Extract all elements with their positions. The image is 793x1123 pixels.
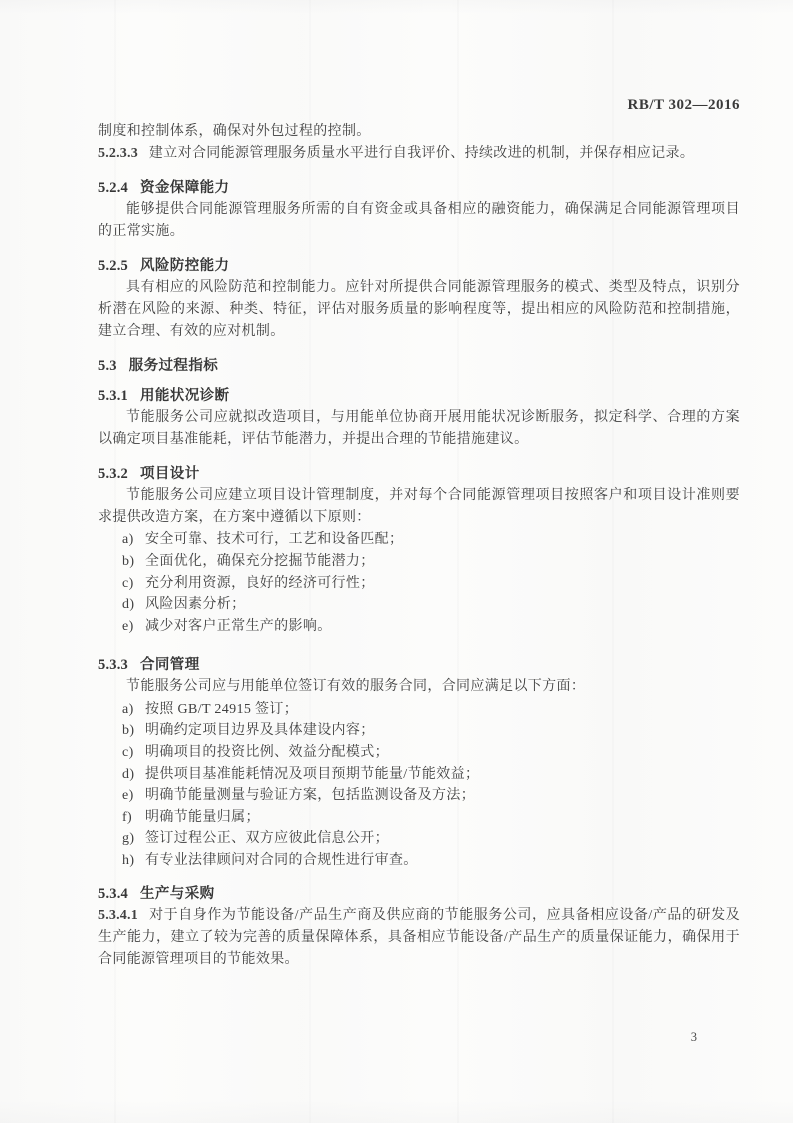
list-item-text: 明确项目的投资比例、效益分配模式； <box>145 742 740 764</box>
list-5-3-3: a)按照 GB/T 24915 签订； b)明确约定项目边界及具体建设内容； c… <box>98 699 740 872</box>
list-5-3-2: a)安全可靠、技术可行，工艺和设备匹配； b)全面优化，确保充分挖掘节能潜力； … <box>98 529 740 637</box>
list-item: c)充分利用资源，良好的经济可行性； <box>122 573 740 595</box>
list-item: f)明确节能量归属； <box>122 807 740 829</box>
list-item: g)签订过程公正、双方应彼此信息公开； <box>122 828 740 850</box>
heading-5-2-5: 5.2.5风险防控能力 <box>98 255 740 277</box>
scanned-document-page: RB/T 302—2016 制度和控制体系，确保对外包过程的控制。 5.2.3.… <box>0 0 793 1123</box>
heading-number: 5.2.5 <box>98 258 128 274</box>
list-item-marker: e) <box>122 785 145 807</box>
list-item: b)明确约定项目边界及具体建设内容； <box>122 720 740 742</box>
list-item-text: 充分利用资源，良好的经济可行性； <box>145 573 740 595</box>
heading-title: 风险防控能力 <box>140 258 229 274</box>
list-item-text: 提供项目基准能耗情况及项目预期节能量/节能效益； <box>145 764 740 786</box>
list-item-text: 有专业法律顾问对合同的合规性进行审查。 <box>145 850 740 872</box>
list-item-text: 全面优化，确保充分挖掘节能潜力； <box>145 551 740 573</box>
list-item-text: 签订过程公正、双方应彼此信息公开； <box>145 828 740 850</box>
clause-text: 建立对合同能源管理服务质量水平进行自我评价、持续改进的机制，并保存相应记录。 <box>149 146 694 161</box>
list-item-text: 明确约定项目边界及具体建设内容； <box>145 720 740 742</box>
list-item-marker: b) <box>122 551 145 573</box>
heading-title: 服务过程指标 <box>129 358 218 374</box>
paragraph-5-3-1: 节能服务公司应就拟改造项目，与用能单位协商开展用能状况诊断服务，拟定科学、合理的… <box>98 407 740 452</box>
list-item: a)安全可靠、技术可行，工艺和设备匹配； <box>122 529 740 551</box>
clause-5-3-4-1: 5.3.4.1对于自身作为节能设备/产品生产商及供应商的节能服务公司，应具备相应… <box>98 905 740 972</box>
list-item-marker: d) <box>122 764 145 786</box>
list-item: c)明确项目的投资比例、效益分配模式； <box>122 742 740 764</box>
list-item-text: 安全可靠、技术可行，工艺和设备匹配； <box>145 529 740 551</box>
list-item: e)明确节能量测量与验证方案，包括监测设备及方法； <box>122 785 740 807</box>
list-item: h)有专业法律顾问对合同的合规性进行审查。 <box>122 850 740 872</box>
heading-number: 5.3.1 <box>98 388 128 404</box>
list-item-text: 减少对客户正常生产的影响。 <box>145 616 740 638</box>
page-number: 3 <box>691 1029 697 1045</box>
doc-header-code: RB/T 302—2016 <box>98 96 740 114</box>
heading-title: 生产与采购 <box>140 886 215 902</box>
page-content: RB/T 302—2016 制度和控制体系，确保对外包过程的控制。 5.2.3.… <box>98 96 740 972</box>
paragraph-5-2-5: 具有相应的风险防范和控制能力。应针对所提供合同能源管理服务的模式、类型及特点，识… <box>98 277 740 344</box>
list-item: a)按照 GB/T 24915 签订； <box>122 699 740 721</box>
paragraph-5-3-2: 节能服务公司应建立项目设计管理制度，并对每个合同能源管理项目按照客户和项目设计准… <box>98 485 740 530</box>
clause-number: 5.3.4.1 <box>98 908 138 923</box>
clause-5-2-3-3: 5.2.3.3建立对合同能源管理服务质量水平进行自我评价、持续改进的机制，并保存… <box>98 143 740 165</box>
heading-number: 5.3.4 <box>98 886 128 902</box>
list-item-marker: c) <box>122 742 145 764</box>
list-item-marker: f) <box>122 807 145 829</box>
heading-5-2-4: 5.2.4资金保障能力 <box>98 177 740 199</box>
list-item-text: 明确节能量测量与验证方案，包括监测设备及方法； <box>145 785 740 807</box>
paragraph-continuation: 制度和控制体系，确保对外包过程的控制。 <box>98 121 740 143</box>
heading-title: 项目设计 <box>140 466 200 482</box>
heading-5-3-1: 5.3.1用能状况诊断 <box>98 385 740 407</box>
paragraph-5-3-3: 节能服务公司应与用能单位签订有效的服务合同，合同应满足以下方面： <box>98 676 740 698</box>
heading-title: 合同管理 <box>140 657 200 673</box>
list-item-marker: e) <box>122 616 145 638</box>
heading-number: 5.3.2 <box>98 466 128 482</box>
list-item-marker: a) <box>122 529 145 551</box>
list-item: d)提供项目基准能耗情况及项目预期节能量/节能效益； <box>122 764 740 786</box>
list-item: e)减少对客户正常生产的影响。 <box>122 616 740 638</box>
clause-text: 对于自身作为节能设备/产品生产商及供应商的节能服务公司，应具备相应设备/产品的研… <box>98 908 740 968</box>
list-item-marker: b) <box>122 720 145 742</box>
list-item-marker: a) <box>122 699 145 721</box>
paragraph-5-2-4: 能够提供合同能源管理服务所需的自有资金或具备相应的融资能力，确保满足合同能源管理… <box>98 199 740 244</box>
heading-5-3: 5.3服务过程指标 <box>98 355 740 377</box>
heading-5-3-3: 5.3.3合同管理 <box>98 654 740 676</box>
list-item: d)风险因素分析； <box>122 594 740 616</box>
heading-5-3-4: 5.3.4生产与采购 <box>98 883 740 905</box>
list-item: b)全面优化，确保充分挖掘节能潜力； <box>122 551 740 573</box>
heading-number: 5.3 <box>98 358 117 374</box>
list-item-marker: d) <box>122 594 145 616</box>
list-item-marker: g) <box>122 828 145 850</box>
list-item-text: 风险因素分析； <box>145 594 740 616</box>
list-item-marker: h) <box>122 850 145 872</box>
heading-number: 5.3.3 <box>98 657 128 673</box>
heading-5-3-2: 5.3.2项目设计 <box>98 463 740 485</box>
list-item-text: 按照 GB/T 24915 签订； <box>145 699 740 721</box>
heading-title: 用能状况诊断 <box>140 388 229 404</box>
list-item-text: 明确节能量归属； <box>145 807 740 829</box>
list-item-marker: c) <box>122 573 145 595</box>
heading-title: 资金保障能力 <box>140 180 229 196</box>
clause-number: 5.2.3.3 <box>98 146 138 161</box>
heading-number: 5.2.4 <box>98 180 128 196</box>
